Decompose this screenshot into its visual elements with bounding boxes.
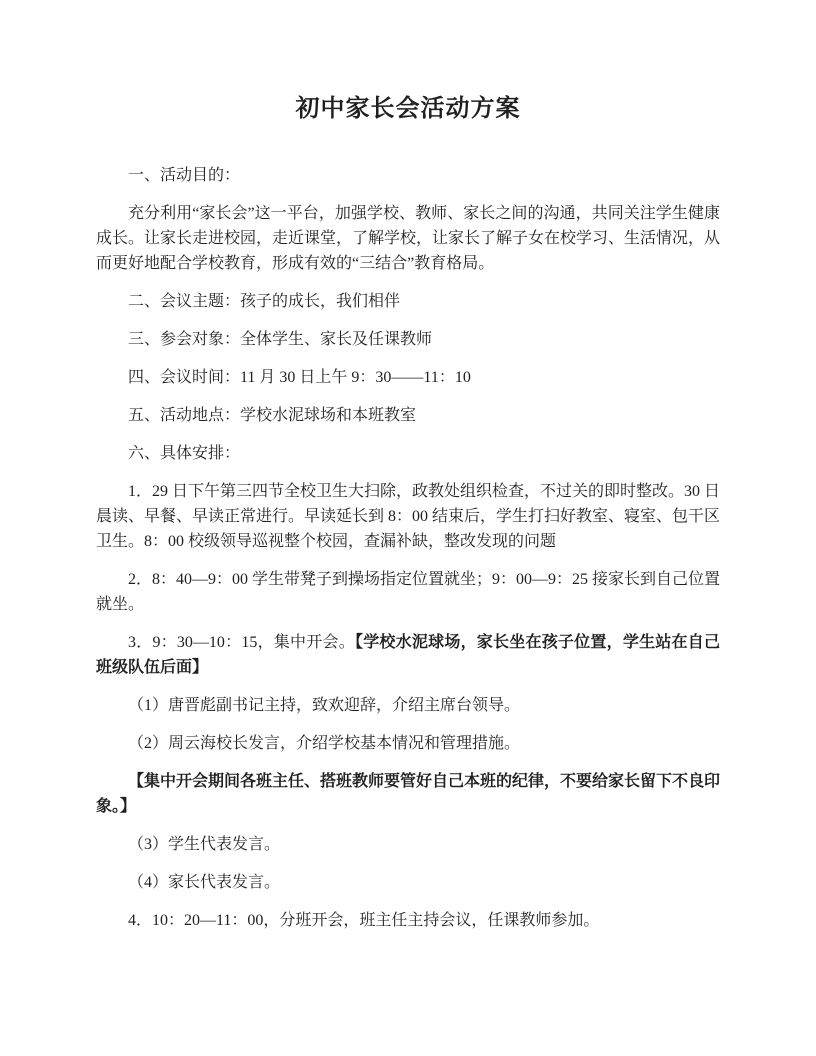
paragraph: 【集中开会期间各班主任、搭班教师要管好自己本班的纪律，不要给家长留下不良印象。】 [96, 769, 720, 819]
paragraph: （1）唐晋彪副书记主持，致欢迎辞，介绍主席台领导。 [96, 693, 720, 718]
text-run: 六、具体安排： [128, 445, 240, 462]
paragraph: 三、参会对象：全体学生、家长及任课教师 [96, 327, 720, 352]
bold-text-run: 【集中开会期间各班主任、搭班教师要管好自己本班的纪律，不要给家长留下不良印象。】 [96, 773, 720, 815]
text-run: 3．9：30—10：15，集中开会。 [128, 634, 355, 651]
text-run: 二、会议主题：孩子的成长，我们相伴 [128, 293, 400, 310]
paragraph: 2．8：40—9：00 学生带凳子到操场指定位置就坐；9：00—9：25 接家长… [96, 567, 720, 617]
paragraph: 六、具体安排： [96, 441, 720, 466]
paragraph: （2）周云海校长发言，介绍学校基本情况和管理措施。 [96, 731, 720, 756]
text-run: 4．10：20—11：00，分班开会，班主任主持会议，任课教师参加。 [128, 912, 599, 929]
text-run: （4）家长代表发言。 [128, 874, 280, 891]
paragraph: 充分利用“家长会”这一平台，加强学校、教师、家长之间的沟通，共同关注学生健康成长… [96, 201, 720, 276]
text-run: 充分利用“家长会”这一平台，加强学校、教师、家长之间的沟通，共同关注学生健康成长… [96, 205, 720, 272]
paragraph: 二、会议主题：孩子的成长，我们相伴 [96, 289, 720, 314]
text-run: 1．29 日下午第三四节全校卫生大扫除，政教处组织检查，不过关的即时整改。30 … [96, 483, 720, 550]
text-run: （2）周云海校长发言，介绍学校基本情况和管理措施。 [128, 735, 520, 752]
paragraph: 一、活动目的： [96, 163, 720, 188]
text-run: 四、会议时间：11 月 30 日上午 9：30——11：10 [128, 369, 471, 386]
document-page: 初中家长会活动方案 一、活动目的：充分利用“家长会”这一平台，加强学校、教师、家… [0, 0, 816, 1056]
document-body: 一、活动目的：充分利用“家长会”这一平台，加强学校、教师、家长之间的沟通，共同关… [96, 163, 720, 933]
paragraph: （4）家长代表发言。 [96, 870, 720, 895]
document-title: 初中家长会活动方案 [96, 93, 720, 126]
paragraph: 五、活动地点：学校水泥球场和本班教室 [96, 403, 720, 428]
text-run: （3）学生代表发言。 [128, 836, 280, 853]
paragraph: 3．9：30—10：15，集中开会。【学校水泥球场，家长坐在孩子位置，学生站在自… [96, 630, 720, 680]
paragraph: （3）学生代表发言。 [96, 832, 720, 857]
text-run: 三、参会对象：全体学生、家长及任课教师 [128, 331, 432, 348]
paragraph: 4．10：20—11：00，分班开会，班主任主持会议，任课教师参加。 [96, 908, 720, 933]
paragraph: 1．29 日下午第三四节全校卫生大扫除，政教处组织检查，不过关的即时整改。30 … [96, 479, 720, 554]
paragraph: 四、会议时间：11 月 30 日上午 9：30——11：10 [96, 365, 720, 390]
text-run: 五、活动地点：学校水泥球场和本班教室 [128, 407, 416, 424]
text-run: 一、活动目的： [128, 167, 240, 184]
text-run: 2．8：40—9：00 学生带凳子到操场指定位置就坐；9：00—9：25 接家长… [96, 571, 720, 613]
text-run: （1）唐晋彪副书记主持，致欢迎辞，介绍主席台领导。 [128, 697, 520, 714]
